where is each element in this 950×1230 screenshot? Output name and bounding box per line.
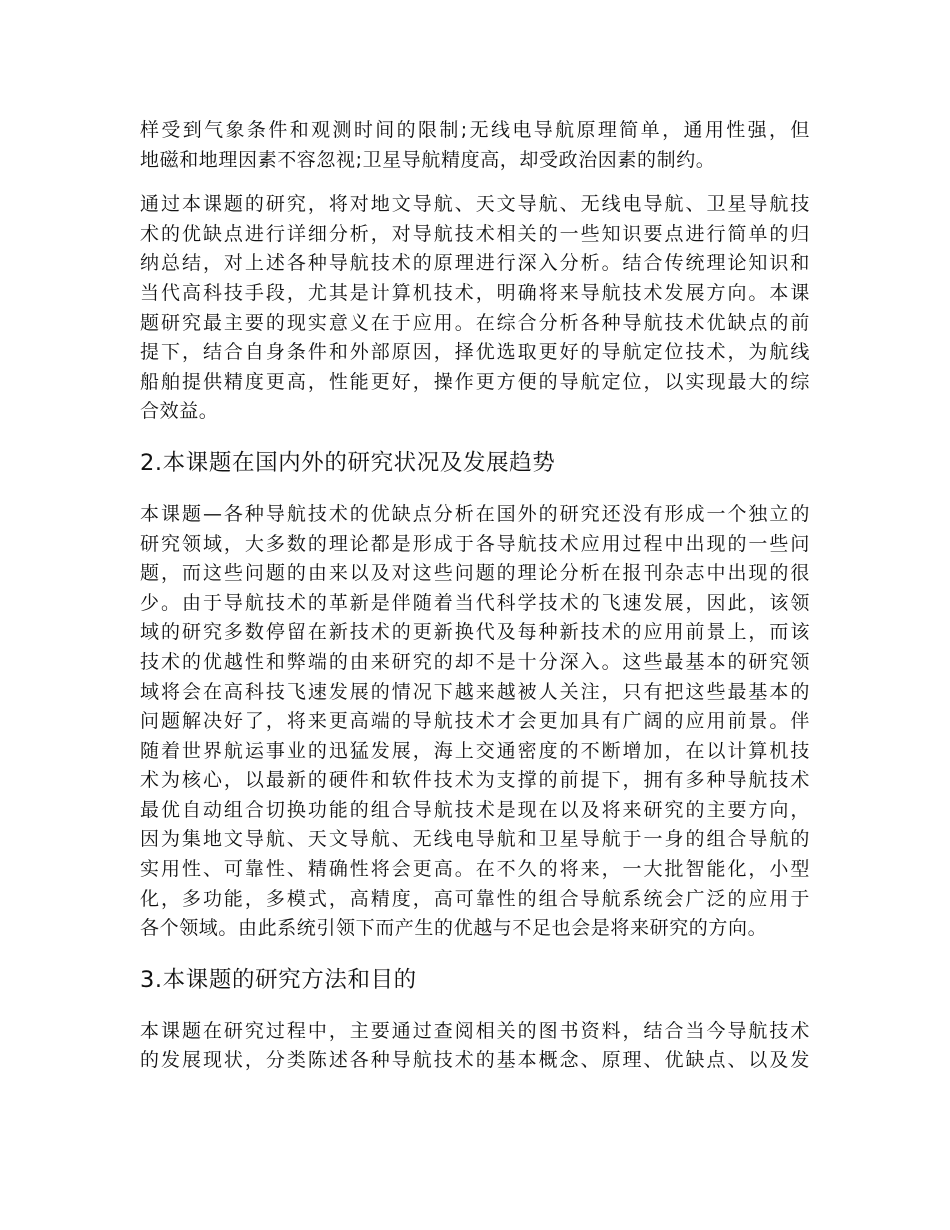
text-line: 的发展现状，分类陈述各种导航技术的基本概念、原理、优缺点、以及发 xyxy=(140,1046,810,1076)
paragraph-research-status: 本课题—各种导航技术的优缺点分析在国外的研究还没有形成一个独立的 研究领域，大多… xyxy=(140,500,810,944)
text-line: 研究领域，大多数的理论都是形成于各导航技术应用过程中出现的一些问 xyxy=(140,530,810,560)
text-line: 实用性、可靠性、精确性将会更高。在不久的将来，一大批智能化，小型 xyxy=(140,855,810,885)
text-line: 最优自动组合切换功能的组合导航技术是现在以及将来研究的主要方向， xyxy=(140,796,810,826)
text-line: 船舶提供精度更高，性能更好，操作更方便的导航定位，以实现最大的综 xyxy=(140,368,810,398)
paragraph-research-method: 本课题在研究过程中，主要通过查阅相关的图书资料，结合当今导航技术 的发展现状，分… xyxy=(140,1017,810,1076)
text-line: 合效益。 xyxy=(140,397,810,427)
text-line: 域的研究多数停留在新技术的更新换代及每种新技术的应用前景上，而该 xyxy=(140,618,810,648)
section-heading-3: 3.本课题的研究方法和目的 xyxy=(140,965,810,995)
text-line: 少。由于导航技术的革新是伴随着当代科学技术的飞速发展，因此，该领 xyxy=(140,589,810,619)
text-line: 术为核心，以最新的硬件和软件技术为支撑的前提下，拥有多种导航技术 xyxy=(140,766,810,796)
text-line: 样受到气象条件和观测时间的限制;无线电导航原理简单，通用性强，但 xyxy=(140,116,810,146)
text-line: 题研究最主要的现实意义在于应用。在综合分析各种导航技术优缺点的前 xyxy=(140,309,810,339)
paragraph-intro-continuation: 样受到气象条件和观测时间的限制;无线电导航原理简单，通用性强，但 地磁和地理因素… xyxy=(140,116,810,175)
paragraph-research-significance: 通过本课题的研究，将对地文导航、天文导航、无线电导航、卫星导航技 术的优缺点进行… xyxy=(140,190,810,427)
text-line: 通过本课题的研究，将对地文导航、天文导航、无线电导航、卫星导航技 xyxy=(140,190,810,220)
text-line: 因为集地文导航、天文导航、无线电导航和卫星导航于一身的组合导航的 xyxy=(140,825,810,855)
text-line: 题，而这些问题的由来以及对这些问题的理论分析在报刊杂志中出现的很 xyxy=(140,559,810,589)
text-line: 各个领域。由此系统引领下而产生的优越与不足也会是将来研究的方向。 xyxy=(140,914,810,944)
text-line: 本课题—各种导航技术的优缺点分析在国外的研究还没有形成一个独立的 xyxy=(140,500,810,530)
document-page: 样受到气象条件和观测时间的限制;无线电导航原理简单，通用性强，但 地磁和地理因素… xyxy=(140,116,810,1076)
text-line: 化，多功能，多模式，高精度，高可靠性的组合导航系统会广泛的应用于 xyxy=(140,885,810,915)
text-line: 地磁和地理因素不容忽视;卫星导航精度高，却受政治因素的制约。 xyxy=(140,146,810,176)
text-line: 域将会在高科技飞速发展的情况下越来越被人关注，只有把这些最基本的 xyxy=(140,678,810,708)
text-line: 提下，结合自身条件和外部原因，择优选取更好的导航定位技术，为航线 xyxy=(140,338,810,368)
text-line: 随着世界航运事业的迅猛发展，海上交通密度的不断增加，在以计算机技 xyxy=(140,737,810,767)
text-line: 纳总结，对上述各种导航技术的原理进行深入分析。结合传统理论知识和 xyxy=(140,249,810,279)
text-line: 技术的优越性和弊端的由来研究的却不是十分深入。这些最基本的研究领 xyxy=(140,648,810,678)
section-heading-2: 2.本课题在国内外的研究状况及发展趋势 xyxy=(140,448,810,478)
text-line: 本课题在研究过程中，主要通过查阅相关的图书资料，结合当今导航技术 xyxy=(140,1017,810,1047)
text-line: 问题解决好了，将来更高端的导航技术才会更加具有广阔的应用前景。伴 xyxy=(140,707,810,737)
text-line: 当代高科技手段，尤其是计算机技术，明确将来导航技术发展方向。本课 xyxy=(140,279,810,309)
text-line: 术的优缺点进行详细分析，对导航技术相关的一些知识要点进行简单的归 xyxy=(140,220,810,250)
